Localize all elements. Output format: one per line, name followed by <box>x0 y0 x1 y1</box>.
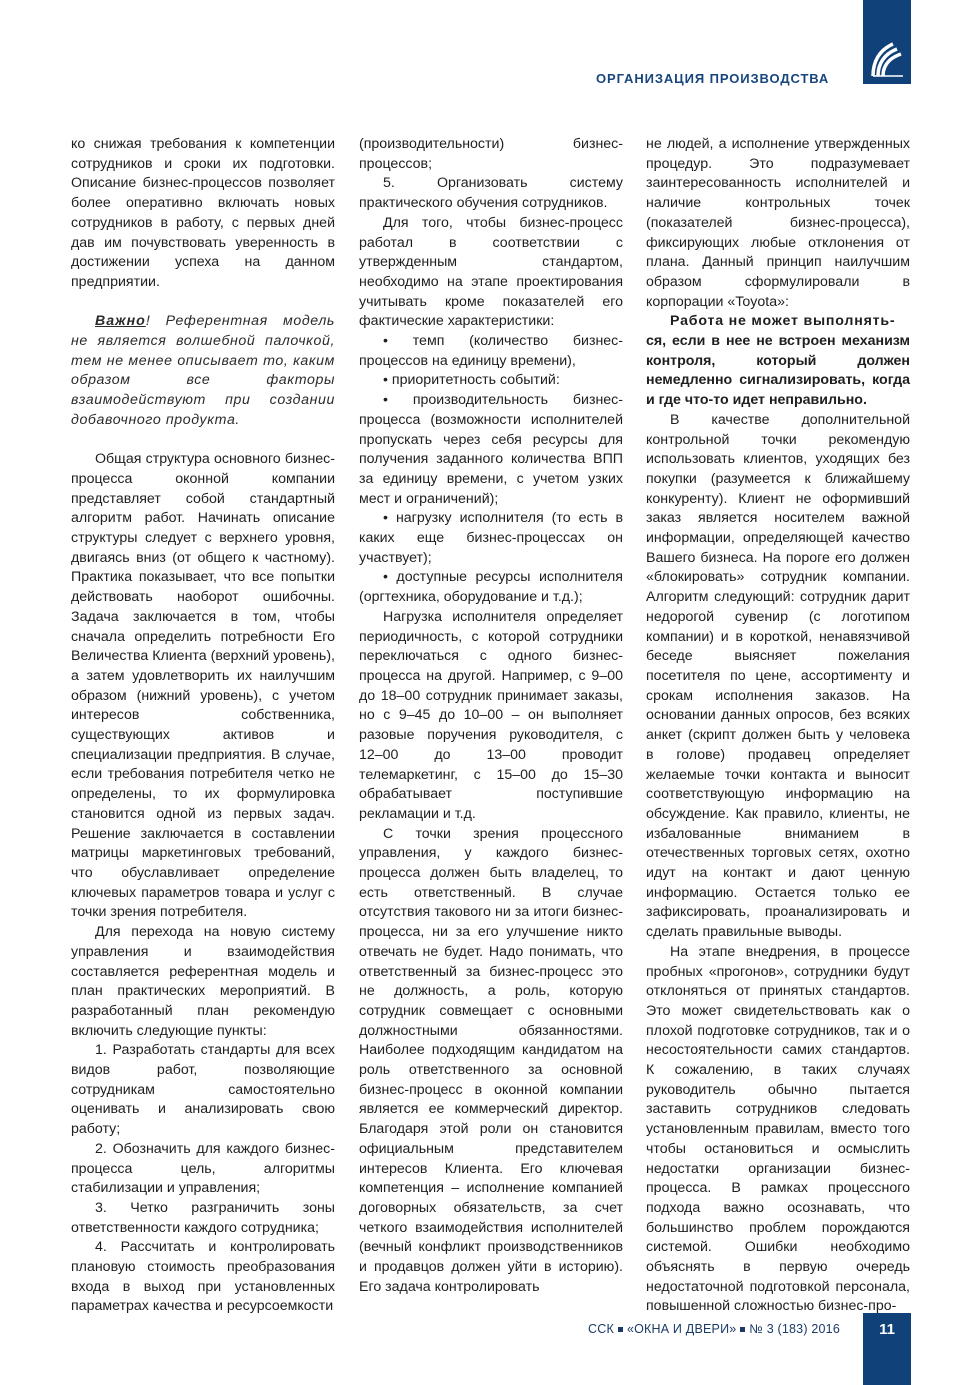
text-column-1: ко снижая требования к компетенции сотру… <box>71 135 335 1317</box>
text-column-2: (производительности) бизнес-процессов; 5… <box>359 135 623 1297</box>
toyota-quote: ся, если в нее не встроен механизм контр… <box>646 332 910 411</box>
bullet-item: • производительность бизнес-процесса (во… <box>359 391 623 509</box>
paragraph: В качестве дополнительной контрольной то… <box>646 411 910 943</box>
page-number-box: 11 <box>863 1313 911 1385</box>
paragraph: ко снижая требования к компетенции сотру… <box>71 135 335 293</box>
paragraph: Для перехода на новую систему управления… <box>71 923 335 1041</box>
publisher: ССК <box>588 1322 614 1336</box>
issue-number: № 3 (183) 2016 <box>749 1322 840 1336</box>
list-item: 4. Рассчитать и контролировать плановую … <box>71 1238 335 1317</box>
magazine-logo-icon <box>867 38 907 80</box>
bullet-item: • приоритетность событий: <box>359 371 623 391</box>
important-note: Важно! Референтная модель не является во… <box>71 312 335 430</box>
paragraph: (производительности) бизнес-процессов; <box>359 135 623 174</box>
section-title: ОРГАНИЗАЦИЯ ПРОИЗВОДСТВА <box>596 71 829 86</box>
bullet-item: • темп (количество бизнес-процессов на е… <box>359 332 623 371</box>
paragraph: Для того, чтобы бизнес-процесс работал в… <box>359 214 623 332</box>
page-number: 11 <box>863 1321 911 1338</box>
list-item: 1. Разработать стандарты для всех видов … <box>71 1041 335 1140</box>
paragraph: С точки зрения процессного управления, у… <box>359 825 623 1298</box>
separator-square-icon <box>618 1327 623 1332</box>
list-item: 3. Четко разграничить зоны ответственнос… <box>71 1199 335 1238</box>
list-item: 2. Обозначить для каждого бизнес-процесс… <box>71 1140 335 1199</box>
toyota-quote-line: Работа не может выполнять- <box>646 312 910 332</box>
footer-publication-info: ССК«ОКНА И ДВЕРИ»№ 3 (183) 2016 <box>588 1322 840 1336</box>
text-column-3: не людей, а исполнение утвержденных проц… <box>646 135 910 1317</box>
bullet-item: • нагрузку исполнителя (то есть в каких … <box>359 509 623 568</box>
paragraph: Общая структура основного бизнес-процесс… <box>71 450 335 923</box>
paragraph: Нагрузка исполнителя определяет периодич… <box>359 608 623 825</box>
magazine-name: «ОКНА И ДВЕРИ» <box>627 1322 736 1336</box>
separator-square-icon <box>740 1327 745 1332</box>
header-accent-bar <box>863 0 911 84</box>
important-label: Важно <box>95 313 146 329</box>
bullet-item: • доступные ресурсы исполнителя (оргтехн… <box>359 568 623 607</box>
paragraph: не людей, а исполнение утвержденных проц… <box>646 135 910 312</box>
paragraph: На этапе внедрения, в процессе пробных «… <box>646 943 910 1317</box>
list-item: 5. Организовать систему практического об… <box>359 174 623 213</box>
important-note-text: ! Референтная модель не является волшебн… <box>71 313 335 428</box>
